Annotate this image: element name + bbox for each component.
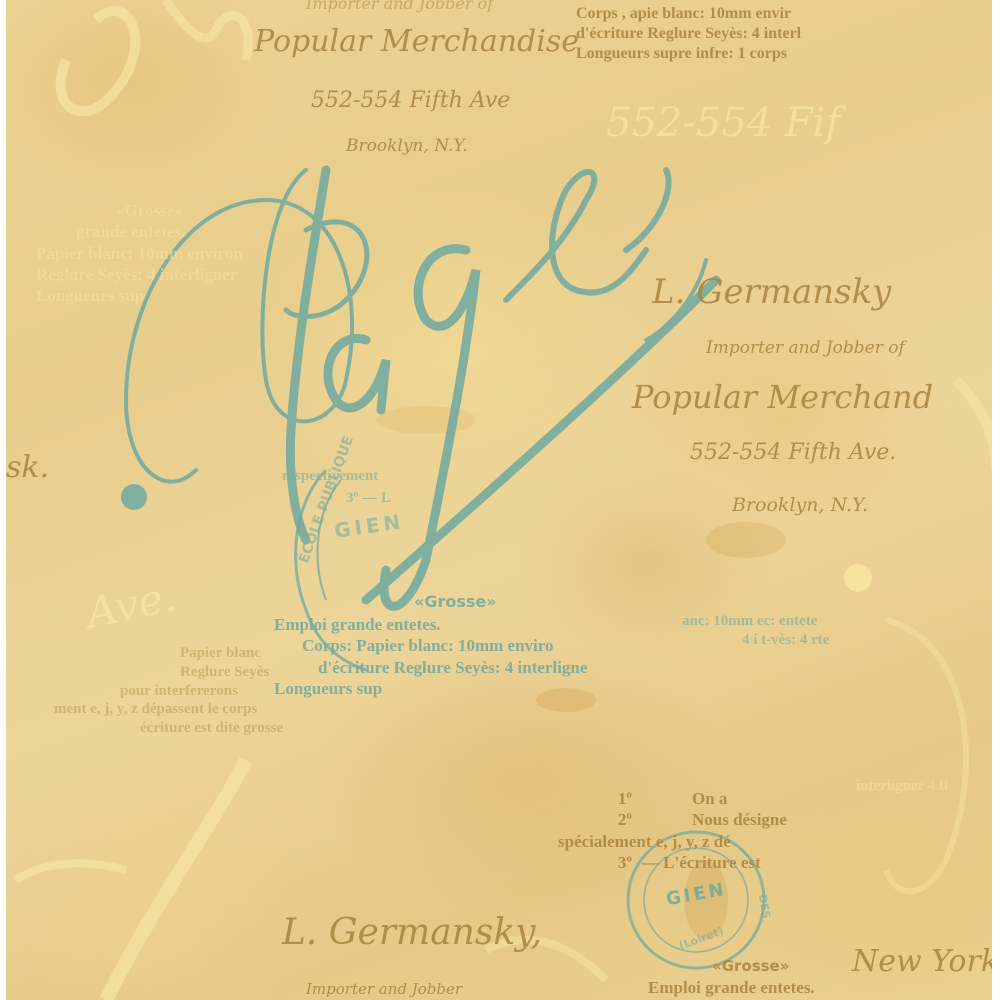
stamp-center-ring [296, 470, 366, 670]
decorative-strokes [6, 0, 992, 1000]
parchment-background: 552-554 Fif Ave. sk. Importer and Jobber… [6, 0, 992, 1000]
page-script-strokes [126, 170, 716, 606]
